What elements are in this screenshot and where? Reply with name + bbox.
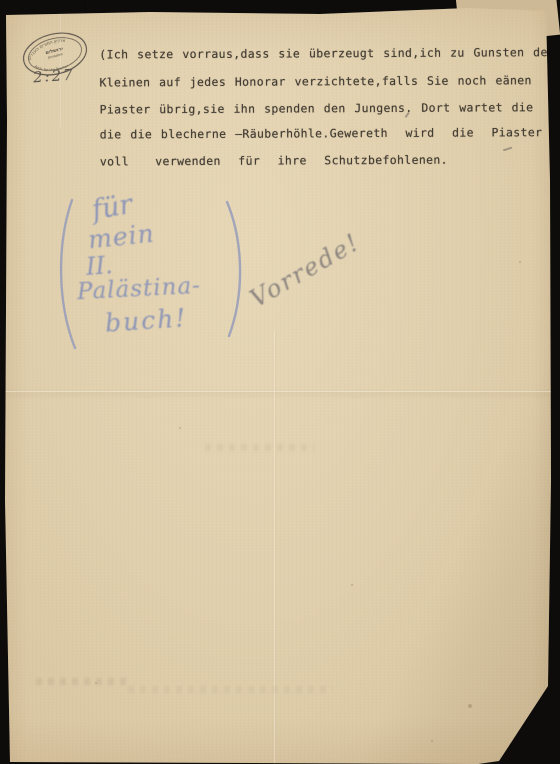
bottom-right-shading — [330, 344, 560, 764]
typed-line-2: Kleinen auf jedes Honorar verzichtete,fa… — [99, 73, 531, 89]
right-paren-stroke — [227, 202, 240, 336]
scan-stage: ארכיון המורים העברים ירושלים Jerusalem A… — [0, 0, 560, 764]
paper-spot — [351, 584, 353, 586]
catalog-number: 2:27 — [32, 66, 75, 87]
paper-spot — [431, 740, 433, 742]
verso-bleed-through — [205, 444, 315, 451]
typed-line-1: (Ich setze vorraus,dass sie überzeugt si… — [99, 45, 555, 61]
pencil-tick — [503, 147, 512, 151]
typed-line-3: Piaster übrig,sie ihn spenden den Jungen… — [100, 100, 560, 116]
typed-line-5: voll verwenden für ihre Schutzbefohlenen… — [100, 153, 448, 169]
paper-spot — [179, 427, 181, 429]
blue-annotation-line: II. — [85, 251, 113, 281]
verso-bleed-through — [128, 686, 333, 693]
grey-pencil-annotation: Vorrede! — [245, 219, 380, 313]
paper-spot — [519, 261, 521, 263]
vertical-fold-crease — [274, 330, 276, 764]
verso-bleed-through — [36, 678, 131, 685]
paper-spot — [468, 704, 472, 708]
typed-line-4: die die blecherne —Räuberhöhle.Gewereth … — [100, 125, 560, 142]
blue-pencil-annotation: für mein II. Palästina- buch! — [55, 188, 255, 358]
blue-annotation-line: buch! — [104, 303, 188, 338]
left-paren-stroke — [61, 200, 75, 348]
letter-sheet: ארכיון המורים העברים ירושלים Jerusalem A… — [0, 0, 560, 764]
